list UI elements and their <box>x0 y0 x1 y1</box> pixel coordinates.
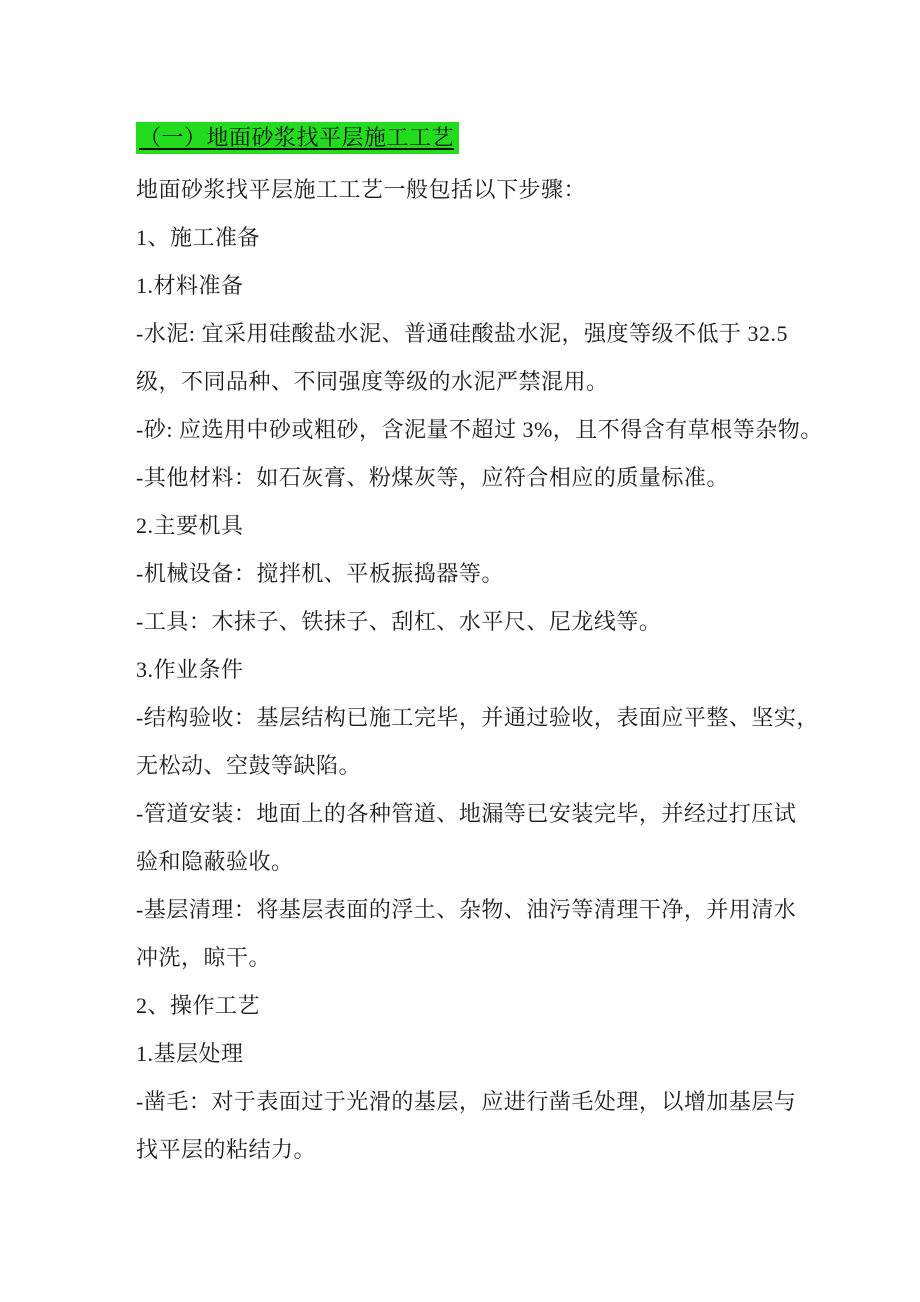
text-line: -其他材料：如石灰膏、粉煤灰等，应符合相应的质量标准。 <box>136 454 826 502</box>
text-line: 找平层的粘结力。 <box>136 1126 826 1174</box>
text-line: 1.材料准备 <box>136 262 826 310</box>
text-line: 冲洗，晾干。 <box>136 934 826 982</box>
text-line: -凿毛：对于表面过于光滑的基层，应进行凿毛处理，以增加基层与 <box>136 1078 826 1126</box>
section-title-highlighted: （一）地面砂浆找平层施工工艺 <box>136 122 459 154</box>
text-line: -结构验收：基层结构已施工完毕，并通过验收，表面应平整、坚实， <box>136 694 826 742</box>
text-line: 无松动、空鼓等缺陷。 <box>136 742 826 790</box>
text-line: -管道安装：地面上的各种管道、地漏等已安装完毕，并经过打压试 <box>136 790 826 838</box>
text-line: 地面砂浆找平层施工工艺一般包括以下步骤： <box>136 166 826 214</box>
text-line: -水泥: 宜采用硅酸盐水泥、普通硅酸盐水泥，强度等级不低于 32.5 <box>136 310 826 358</box>
text-line: 2.主要机具 <box>136 502 826 550</box>
text-line: 验和隐蔽验收。 <box>136 838 826 886</box>
text-line: -工具：木抹子、铁抹子、刮杠、水平尺、尼龙线等。 <box>136 598 826 646</box>
text-line: 1.基层处理 <box>136 1030 826 1078</box>
section-title-row: （一）地面砂浆找平层施工工艺 <box>136 116 826 154</box>
text-line: -砂: 应选用中砂或粗砂，含泥量不超过 3%，且不得含有草根等杂物。 <box>136 406 826 454</box>
text-line: 级，不同品种、不同强度等级的水泥严禁混用。 <box>136 358 826 406</box>
text-line: -机械设备：搅拌机、平板振捣器等。 <box>136 550 826 598</box>
document-body: 地面砂浆找平层施工工艺一般包括以下步骤：1、施工准备1.材料准备-水泥: 宜采用… <box>136 166 826 1174</box>
text-line: 2、操作工艺 <box>136 982 826 1030</box>
text-line: 1、施工准备 <box>136 214 826 262</box>
document-content: （一）地面砂浆找平层施工工艺 地面砂浆找平层施工工艺一般包括以下步骤：1、施工准… <box>136 116 826 1174</box>
text-line: -基层清理：将基层表面的浮土、杂物、油污等清理干净，并用清水 <box>136 886 826 934</box>
text-line: 3.作业条件 <box>136 646 826 694</box>
document-page: （一）地面砂浆找平层施工工艺 地面砂浆找平层施工工艺一般包括以下步骤：1、施工准… <box>0 0 920 1302</box>
